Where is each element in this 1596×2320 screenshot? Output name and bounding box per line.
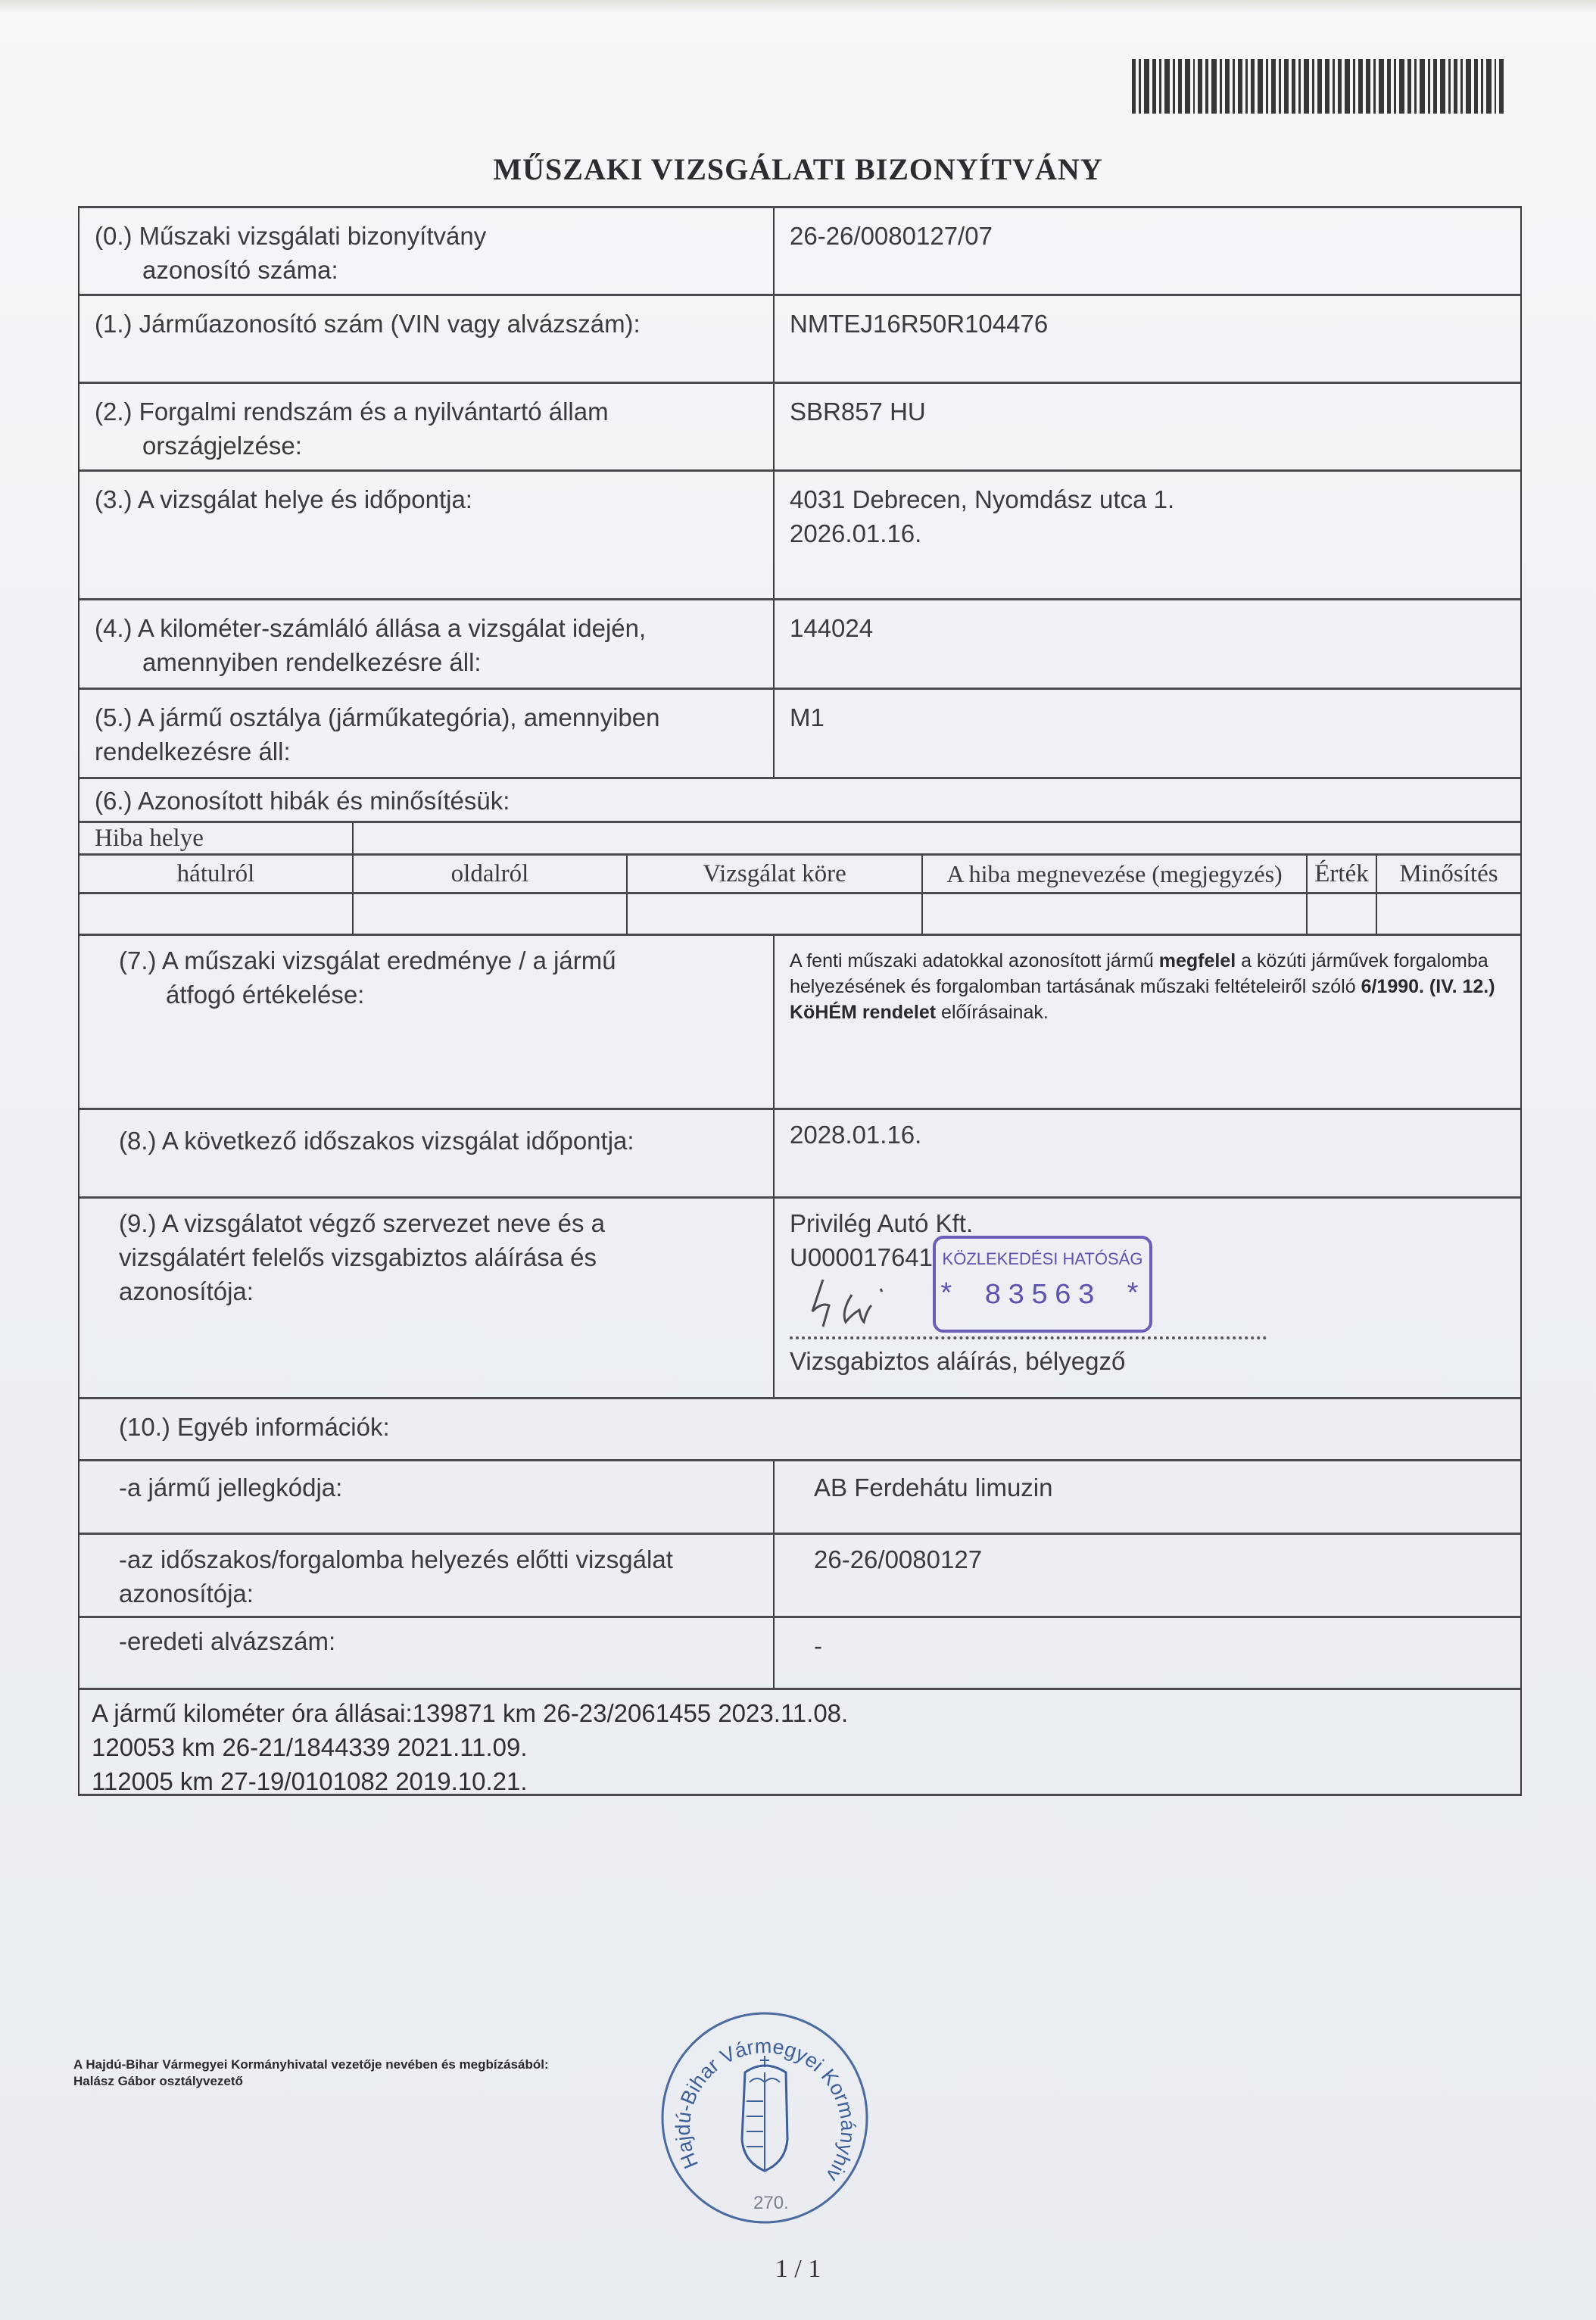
odometer-value: 144024 [775,600,1520,688]
col-header-side: oldalról [354,856,628,892]
field-label: (9.) A vizsgálatot végző szervezet neve … [79,1199,775,1397]
odometer-history: A jármű kilométer óra állásai:139871 km … [79,1688,1520,1796]
label-line: (9.) A vizsgálatot végző szervezet neve … [119,1206,758,1240]
authority-line: A Hajdú-Bihar Vármegyei Kormányhivatal v… [73,2057,549,2073]
label-line: átfogó értékelése: [119,978,758,1012]
empty-cell [354,894,628,934]
coat-of-arms-icon [742,2056,787,2171]
authority-stamp: KÖZLEKEDÉSI HATÓSÁG * 83563 * [933,1236,1152,1333]
verdict-text: előírásainak. [936,1002,1049,1023]
defects-empty-row [79,892,1520,934]
empty-cell [79,894,354,934]
certificate-form: (0.) Műszaki vizsgálati bizonyítvány azo… [78,206,1522,1796]
field-label: -eredeti alvázszám: [79,1618,775,1688]
location-value: 4031 Debrecen, Nyomdász utca 1. [790,482,1505,516]
field-label: (2.) Forgalmi rendszám és a nyilvántartó… [79,384,775,469]
field-label: -az időszakos/forgalomba helyezés előtti… [79,1535,775,1616]
col-header-rating: Minősítés [1377,856,1520,892]
other-info-prior-inspection: -az időszakos/forgalomba helyezés előtti… [79,1533,1520,1616]
label-line: vizsgálatért felelős vizsgabiztos aláírá… [119,1240,758,1274]
defects-location-row: Hiba helye [79,821,1520,853]
original-chassis-value: - [775,1618,1520,1688]
label-line: amennyiben rendelkezésre áll: [95,645,758,679]
col-header-value: Érték [1308,856,1377,892]
registration-value: SBR857 HU [775,384,1520,469]
authority-note: A Hajdú-Bihar Vármegyei Kormányhivatal v… [73,2057,549,2090]
col-header-scope: Vizsgálat köre [628,856,923,892]
odometer-history-line: A jármű kilométer óra állásai:139871 km … [92,1696,1505,1730]
empty-cell [628,894,923,934]
odometer-history-line: 112005 km 27-19/0101082 2019.10.21. [92,1764,1505,1798]
location-date-value: 4031 Debrecen, Nyomdász utca 1. 2026.01.… [775,472,1520,598]
document-title: MŰSZAKI VIZSGÁLATI BIZONYÍTVÁNY [0,151,1596,187]
barcode [1132,59,1507,114]
label-line: (7.) A műszaki vizsgálat eredménye / a j… [119,943,758,978]
col-header-defect-name: A hiba megnevezése (megjegyzés) [923,856,1308,892]
field-inspector: (9.) A vizsgálatot végző szervezet neve … [79,1196,1520,1397]
field-label: (3.) A vizsgálat helye és időpontja: [79,472,775,598]
label-line: (0.) Műszaki vizsgálati bizonyítvány [95,219,758,253]
page-edge-shadow [0,0,1596,14]
prior-inspection-value: 26-26/0080127 [775,1535,1520,1616]
defects-label: (6.) Azonosított hibák és minősítésük: [79,779,1520,821]
label-line: rendelkezésre áll: [95,734,758,769]
field-odometer: (4.) A kilométer-számláló állása a vizsg… [79,598,1520,688]
other-info-body-code: -a jármű jellegkódja: AB Ferdehátu limuz… [79,1459,1520,1533]
field-certificate-id: (0.) Műszaki vizsgálati bizonyítvány azo… [79,206,1520,294]
label-line: -az időszakos/forgalomba helyezés előtti… [119,1542,758,1576]
next-inspection-value: 2028.01.16. [775,1110,1520,1196]
seal-number: 270. [753,2193,789,2213]
field-label: (8.) A következő időszakos vizsgálat idő… [79,1110,775,1196]
location-header: Hiba helye [79,823,354,853]
field-label: (7.) A műszaki vizsgálat eredménye / a j… [79,936,775,1108]
empty-cell [1308,894,1377,934]
signature-caption: Vizsgabiztos aláírás, bélyegző [790,1339,1505,1378]
empty-cell [923,894,1308,934]
field-defects-heading: (6.) Azonosított hibák és minősítésük: [79,777,1520,821]
page-number: 1 / 1 [0,2255,1596,2284]
field-label: (1.) Járműazonosító szám (VIN vagy alváz… [79,296,775,382]
government-seal: Hajdú-Bihar Vármegyei Kormányhivatal 270… [659,2010,871,2226]
field-next-inspection: (8.) A következő időszakos vizsgálat idő… [79,1108,1520,1196]
other-info-original-chassis: -eredeti alvázszám: - [79,1616,1520,1688]
verdict-pass: megfelel [1159,950,1236,971]
other-info-label: (10.) Egyéb információk: [79,1399,1520,1459]
field-label: (5.) A jármű osztálya (járműkategória), … [79,690,775,777]
label-line: azonosítója: [119,1274,758,1308]
field-label: (0.) Műszaki vizsgálati bizonyítvány azo… [79,208,775,294]
empty-cell [1377,894,1520,934]
field-vin: (1.) Járműazonosító szám (VIN vagy alváz… [79,294,1520,382]
field-location-date: (3.) A vizsgálat helye és időpontja: 403… [79,469,1520,598]
col-header-rear: hátulról [79,856,354,892]
inspector-signature [806,1272,920,1333]
body-code-value: AB Ferdehátu limuzin [775,1461,1520,1533]
field-registration: (2.) Forgalmi rendszám és a nyilvántartó… [79,382,1520,469]
label-line: azonosító száma: [95,253,758,287]
defects-table: Hiba helye hátulról oldalról Vizsgálat k… [79,821,1520,934]
label-line: azonosítója: [119,1576,758,1611]
organization-name: Privilég Autó Kft. [790,1206,1505,1240]
stamp-authority-text: KÖZLEKEDÉSI HATÓSÁG [936,1239,1149,1269]
inspection-verdict: A fenti műszaki adatokkal azonosított já… [775,936,1520,1108]
vehicle-category-value: M1 [775,690,1520,777]
location-header-blank [354,823,1520,853]
field-label: -a jármű jellegkódja: [79,1461,775,1533]
signatory-line: Halász Gábor osztályvezető [73,2073,549,2090]
vin-value: NMTEJ16R50R104476 [775,296,1520,382]
field-label: (4.) A kilométer-számláló állása a vizsg… [79,600,775,688]
verdict-text: A fenti műszaki adatokkal azonosított já… [790,950,1159,971]
label-line: országjelzése: [95,429,758,463]
odometer-history-text: A jármű kilométer óra állásai:139871 km … [79,1690,1520,1794]
label-line: (5.) A jármű osztálya (járműkategória), … [95,700,758,734]
label-line: (2.) Forgalmi rendszám és a nyilvántartó… [95,394,758,429]
odometer-history-line: 120053 km 26-21/1844339 2021.11.09. [92,1730,1505,1764]
stamp-number: * 83563 * [936,1269,1149,1312]
defects-header-row: hátulról oldalról Vizsgálat köre A hiba … [79,853,1520,892]
date-value: 2026.01.16. [790,516,1505,550]
certificate-id-value: 26-26/0080127/07 [775,208,1520,294]
label-line: (4.) A kilométer-számláló állása a vizsg… [95,611,758,645]
field-vehicle-category: (5.) A jármű osztálya (járműkategória), … [79,688,1520,777]
field-other-info: (10.) Egyéb információk: [79,1397,1520,1459]
field-inspection-result: (7.) A műszaki vizsgálat eredménye / a j… [79,934,1520,1108]
document-page: MŰSZAKI VIZSGÁLATI BIZONYÍTVÁNY (0.) Műs… [0,0,1596,2320]
